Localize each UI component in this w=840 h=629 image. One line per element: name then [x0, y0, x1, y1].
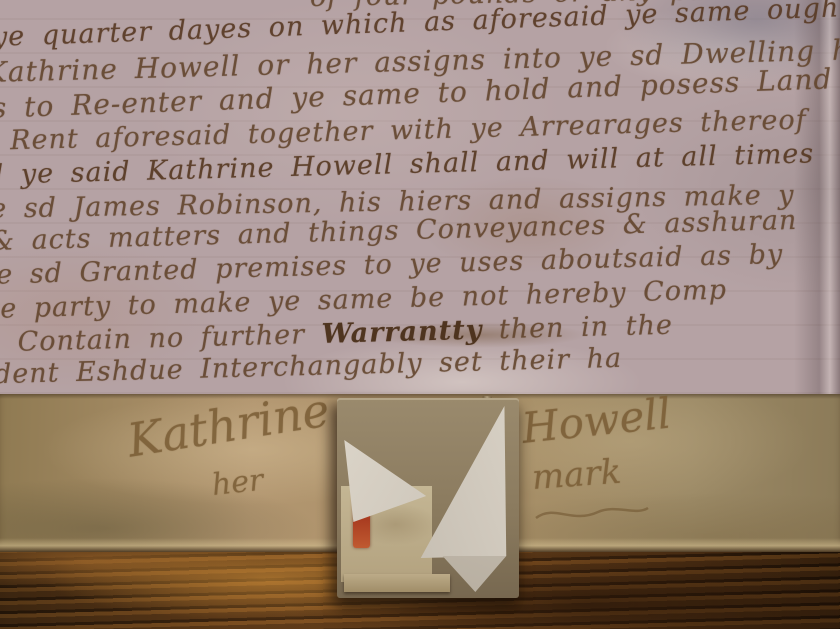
deed-word-warranty: Warrantty: [321, 315, 482, 350]
seal-bottom-edge: [344, 574, 450, 592]
seal-tag: [337, 398, 519, 598]
signature-text: mark: [531, 452, 623, 498]
signature-text: her: [210, 463, 265, 503]
deed-line-text: then in the: [482, 310, 673, 346]
parchment-sheet: of four pounds or any part ther ye quart…: [0, 0, 840, 394]
photo-parchment-deed-on-table: of four pounds or any part ther ye quart…: [0, 0, 840, 629]
signature-left-qualifier: her: [210, 463, 265, 503]
signature-right-qualifier: mark: [531, 452, 623, 498]
signature-flourish: [532, 500, 652, 526]
